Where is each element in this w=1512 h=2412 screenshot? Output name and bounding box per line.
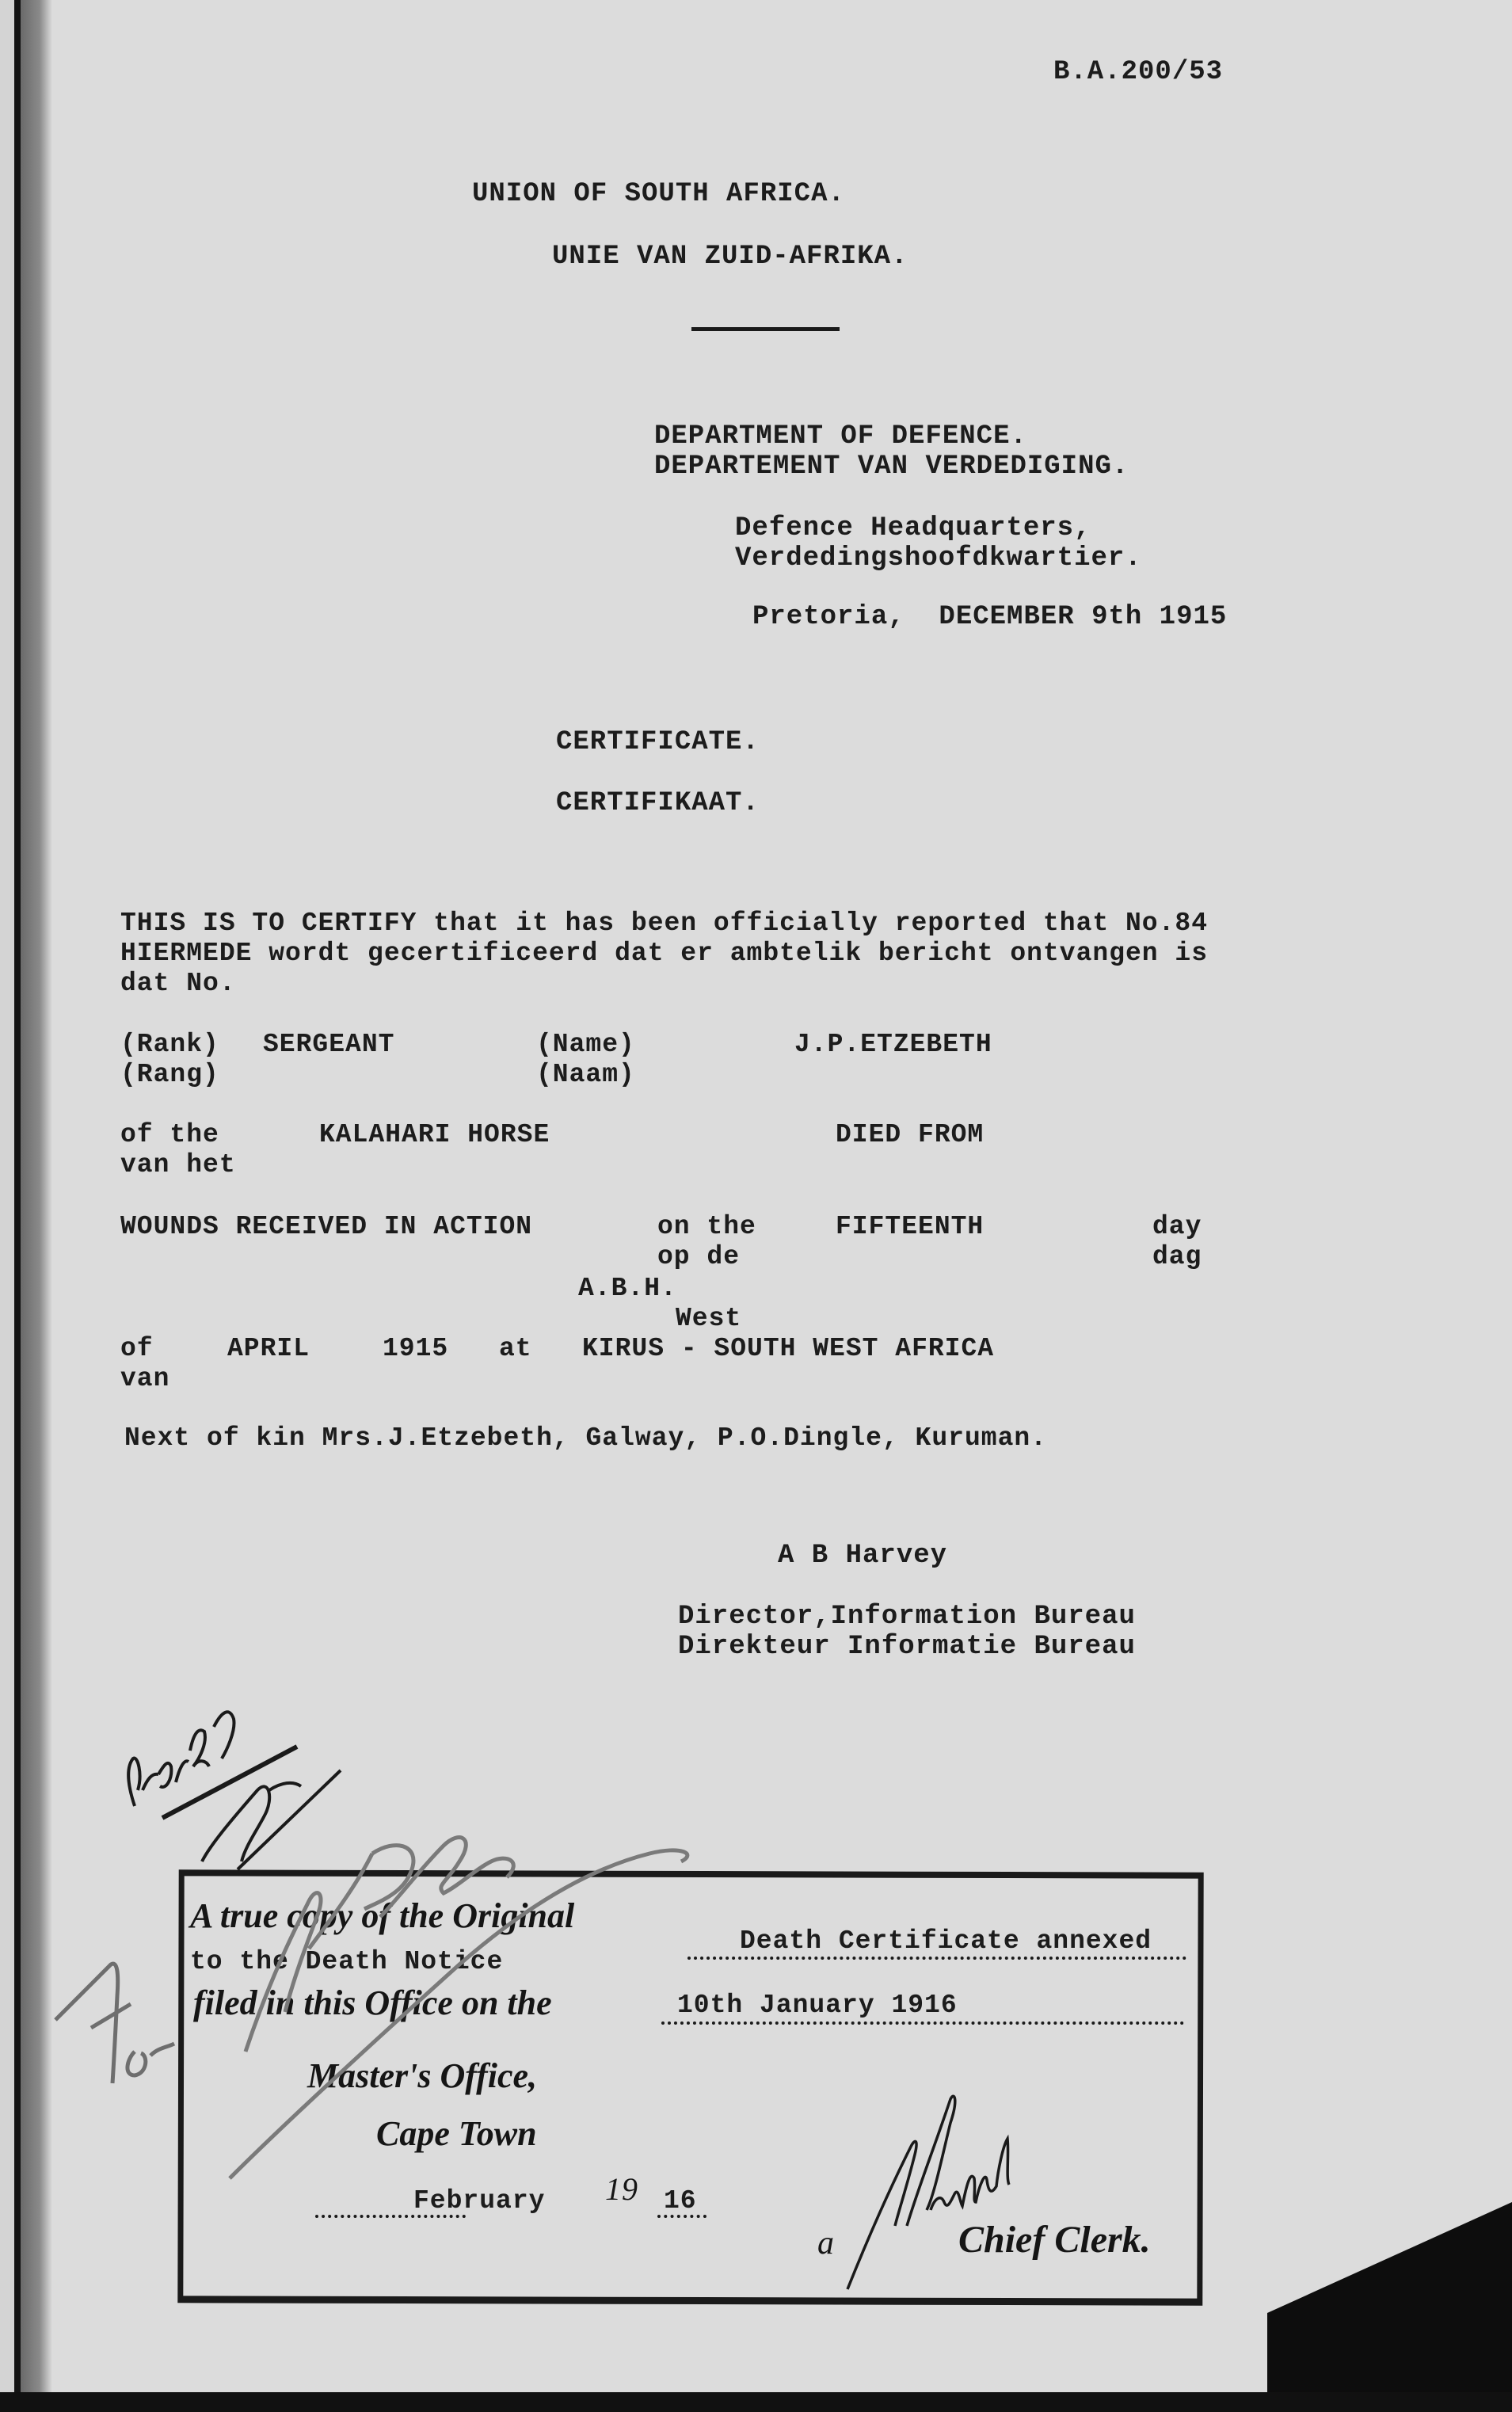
- rank-label-af: (Rang): [120, 1060, 219, 1089]
- unit-value: KALAHARI HORSE: [319, 1120, 550, 1149]
- year-value: 1915: [383, 1334, 448, 1363]
- signatory-title-af: Direkteur Informatie Bureau: [678, 1632, 1136, 1662]
- day-label-af: op de: [657, 1242, 740, 1271]
- month-label-af: van: [120, 1364, 169, 1393]
- header-divider: [691, 327, 840, 331]
- signatory-title-en: Director,Information Bureau: [678, 1602, 1136, 1632]
- place-value: KIRUS - SOUTH WEST AFRICA: [582, 1334, 994, 1363]
- month-value: APRIL: [227, 1334, 310, 1363]
- name-label-af: (Naam): [536, 1060, 635, 1089]
- handwritten-margin-note: [111, 1703, 364, 1877]
- stamp-city: Cape Town: [376, 2113, 537, 2154]
- department-en: DEPARTMENT OF DEFENCE.: [654, 421, 1027, 452]
- cause-value: WOUNDS RECEIVED IN ACTION: [120, 1212, 532, 1241]
- name-value: J.P.ETZEBETH: [794, 1030, 992, 1059]
- day-value: FIFTEENTH: [836, 1212, 984, 1241]
- rank-label-en: (Rank): [120, 1030, 219, 1059]
- stamp-date-century: 19: [605, 2170, 638, 2208]
- address-af: Verdedingshoofdkwartier.: [735, 543, 1142, 573]
- address-en: Defence Headquarters,: [735, 513, 1091, 543]
- insert-west: West: [676, 1304, 741, 1333]
- stamp-date-month: February: [413, 2186, 545, 2216]
- department-af: DEPARTEMENT VAN VERDEDIGING.: [654, 452, 1129, 482]
- scan-edge-shadow: [14, 0, 21, 2412]
- place-label: at: [499, 1334, 532, 1363]
- day-label-en: on the: [657, 1212, 756, 1241]
- certify-line-dat-no: dat No.: [120, 969, 236, 998]
- title-en: CERTIFICATE.: [556, 727, 760, 757]
- stamp-role-prefix: a: [817, 2224, 835, 2262]
- title-af: CERTIFIKAAT.: [556, 788, 760, 818]
- stamp-line3-printed: filed in this Office on the: [193, 1983, 552, 2023]
- cause-prefix: DIED FROM: [836, 1120, 984, 1149]
- document-page: B.A.200/53 UNION OF SOUTH AFRICA. UNIE V…: [0, 0, 1512, 2412]
- rank-value: SERGEANT: [263, 1030, 394, 1059]
- stamp-line1-printed: A true copy of the Original: [190, 1896, 574, 1936]
- stamp-line2-typed: to the Death Notice: [190, 1947, 503, 1976]
- place-date: Pretoria, DECEMBER 9th 1915: [752, 602, 1227, 632]
- day-suffix-af: dag: [1152, 1242, 1202, 1271]
- unit-label-en: of the: [120, 1120, 219, 1149]
- scan-edge-gradient: [21, 0, 52, 2412]
- certify-line-en: THIS IS TO CERTIFY that it has been offi…: [120, 909, 1208, 938]
- month-label-en: of: [120, 1334, 154, 1363]
- unit-label-af: van het: [120, 1150, 236, 1179]
- certify-line-af: HIERMEDE wordt gecertificeerd dat er amb…: [120, 939, 1208, 968]
- stamp-line3-dotted: [661, 2021, 1184, 2025]
- header-af: UNIE VAN ZUID-AFRIKA.: [552, 242, 908, 272]
- next-of-kin: Next of kin Mrs.J.Etzebeth, Galway, P.O.…: [124, 1423, 1047, 1453]
- stamp-line1-dotted: [687, 1957, 1186, 1960]
- signatory-name: A B Harvey: [778, 1541, 947, 1571]
- name-label-en: (Name): [536, 1030, 635, 1059]
- stamp-role: Chief Clerk.: [958, 2218, 1151, 2261]
- header-en: UNION OF SOUTH AFRICA.: [472, 179, 845, 209]
- day-suffix-en: day: [1152, 1212, 1202, 1241]
- stamp-date-year: 16: [664, 2186, 697, 2216]
- stamp-line1-typed: Death Certificate annexed: [740, 1926, 1152, 1956]
- reference-number: B.A.200/53: [1053, 57, 1223, 87]
- scan-edge: [0, 0, 14, 2412]
- stamp-office: Master's Office,: [307, 2056, 537, 2096]
- insert-abh: A.B.H.: [578, 1274, 677, 1303]
- stamp-line3-typed: 10th January 1916: [677, 1991, 958, 2020]
